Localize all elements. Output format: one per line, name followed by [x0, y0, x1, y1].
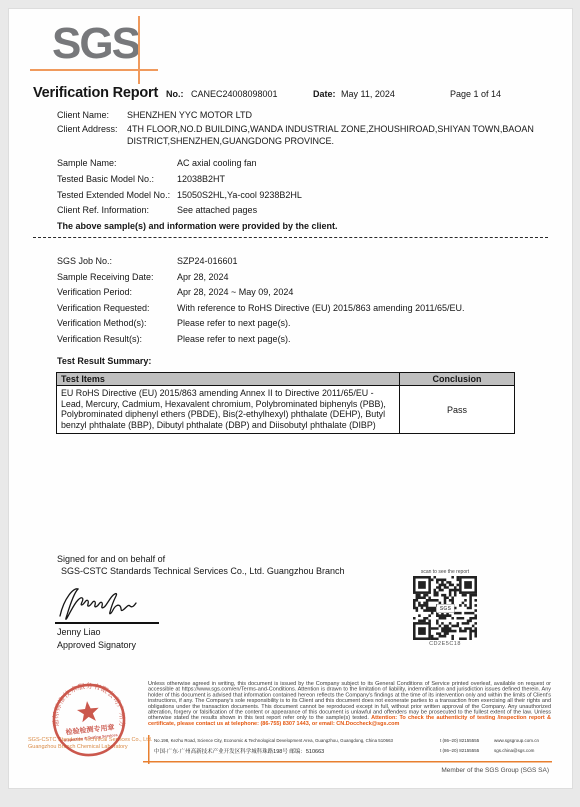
qr-center-logo: SGS — [437, 604, 455, 613]
verification-period-label: Verification Period: — [57, 287, 132, 297]
footer-website: www.sgsgroup.com.cn — [494, 738, 539, 743]
client-ref-value: See attached pages — [177, 205, 257, 215]
logo-crop-vline — [138, 16, 140, 84]
signature-underline — [55, 622, 159, 624]
dashed-separator — [33, 237, 548, 238]
footer-address-en: No.198, Kezhu Road, Science City, Econom… — [154, 738, 393, 743]
signatory-role: Approved Signatory — [57, 640, 136, 650]
qr-block: scan to see the report SGS CD2E5C18 — [405, 569, 485, 647]
client-address-label: Client Address: — [57, 124, 118, 134]
qr-code: SGS — [413, 576, 477, 640]
verification-period-value: Apr 28, 2024 ~ May 09, 2024 — [177, 287, 293, 297]
verification-method-label: Verification Method(s): — [57, 318, 147, 328]
footer-orange-rule — [143, 761, 552, 762]
client-name-label: Client Name: — [57, 110, 109, 120]
result-summary-table: Test Items Conclusion EU RoHS Directive … — [56, 372, 515, 434]
receiving-date-label: Sample Receiving Date: — [57, 272, 154, 282]
qr-code-id: CD2E5C18 — [405, 641, 485, 647]
qr-caption: scan to see the report — [405, 569, 485, 575]
date-value: May 11, 2024 — [341, 89, 395, 99]
red-inspection-stamp: 通标标准技术服务有限公司广州分公司 检验检测专用章 Inspection & T… — [50, 681, 128, 759]
basic-model-label: Tested Basic Model No.: — [57, 174, 154, 184]
signatory-name: Jenny Liao — [57, 627, 101, 637]
page-number: Page 1 of 14 — [450, 89, 501, 99]
receiving-date-value: Apr 28, 2024 — [177, 272, 229, 282]
signed-for-text: Signed for and on behalf of — [57, 554, 165, 564]
report-no-value: CANEC24008098001 — [191, 89, 278, 99]
verification-method-value: Please refer to next page(s). — [177, 318, 291, 328]
verification-report-page: SGS Verification Report No.: CANEC240080… — [0, 0, 580, 807]
conclusion-header: Conclusion — [400, 373, 514, 385]
client-ref-label: Client Ref. Information: — [57, 205, 149, 215]
footer-email: sgs.china@sgs.com — [494, 748, 534, 753]
signature-company: SGS-CSTC Standards Technical Services Co… — [61, 566, 344, 576]
client-address-value: 4TH FLOOR,NO.D BUILDING,WANDA INDUSTRIAL… — [127, 124, 549, 147]
verification-result-label: Verification Result(s): — [57, 334, 142, 344]
page-title: Verification Report — [33, 85, 158, 101]
verification-requested-label: Verification Requested: — [57, 303, 150, 313]
footer-address-cn: 中国·广东·广州高新技术产业开发区科学城科珠路198号 邮编：510663 — [154, 747, 324, 755]
handwritten-signature — [52, 583, 162, 623]
sgs-member-text: Member of the SGS Group (SGS SA) — [250, 766, 549, 774]
job-no-value: SZP24-016601 — [177, 256, 238, 266]
extended-model-value: 15050S2HL,Ya-cool 9238B2HL — [177, 190, 302, 200]
footer-vertical-rule — [148, 735, 149, 764]
date-label: Date: — [313, 89, 336, 99]
sample-name-value: AC axial cooling fan — [177, 158, 257, 168]
footer-tel-1: t (86–20) 82155555 — [440, 738, 479, 743]
footer-tel-2: t (86–20) 82155555 — [440, 748, 479, 753]
verification-result-value: Please refer to next page(s). — [177, 334, 291, 344]
verification-requested-value: With reference to RoHS Directive (EU) 20… — [177, 303, 464, 313]
sample-note: The above sample(s) and information were… — [57, 221, 338, 231]
sample-name-label: Sample Name: — [57, 158, 117, 168]
job-no-label: SGS Job No.: — [57, 256, 112, 266]
conclusion-cell: Pass — [400, 386, 514, 433]
table-row: EU RoHS Directive (EU) 2015/863 amending… — [57, 386, 514, 433]
test-item-cell: EU RoHS Directive (EU) 2015/863 amending… — [57, 386, 400, 433]
basic-model-value: 12038B2HT — [177, 174, 225, 184]
extended-model-label: Tested Extended Model No.: — [57, 190, 170, 200]
client-name-value: SHENZHEN YYC MOTOR LTD — [127, 110, 252, 120]
legal-text-block: Unless otherwise agreed in writing, this… — [148, 681, 551, 727]
table-header-row: Test Items Conclusion — [57, 373, 514, 386]
summary-heading: Test Result Summary: — [57, 356, 151, 366]
sgs-logo: SGS — [52, 22, 139, 66]
report-no-label: No.: — [166, 89, 184, 99]
test-items-header: Test Items — [57, 373, 400, 385]
